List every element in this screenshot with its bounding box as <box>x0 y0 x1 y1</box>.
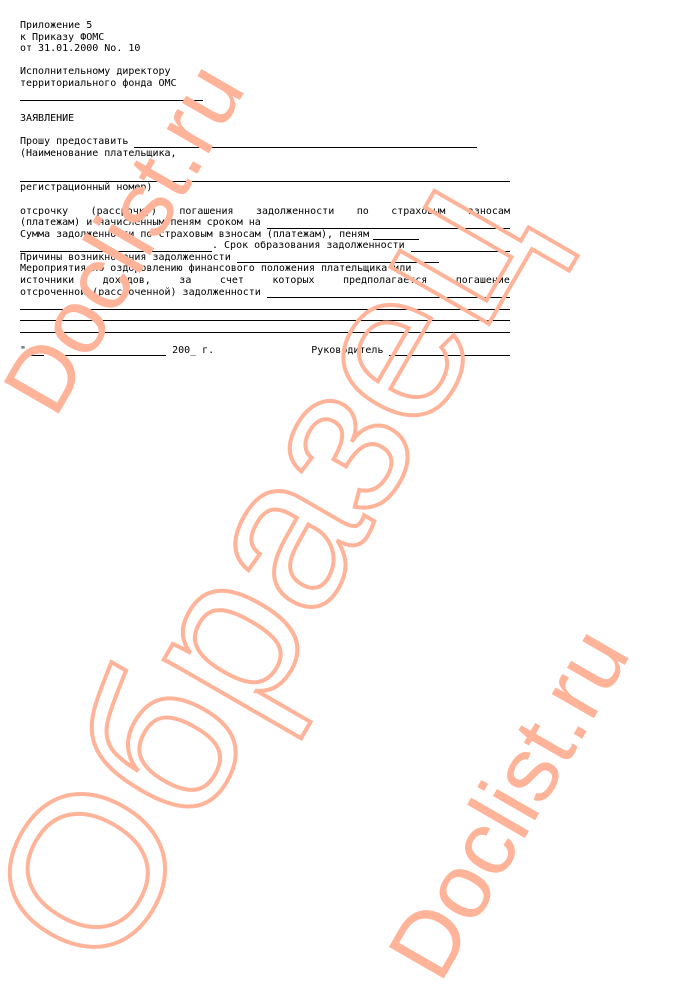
date-day-blank[interactable] <box>26 346 44 356</box>
reg-number-hint: регистрационный номер) <box>20 182 510 194</box>
deferral-term-label: (платежам) и начисленным пеням сроком на <box>20 217 261 229</box>
measures-line-2: источники доходов, за счет которых предп… <box>20 275 510 287</box>
request-label: Прошу предоставить <box>20 136 128 148</box>
debt-sum-blank-continued[interactable] <box>20 242 212 252</box>
measures-blank[interactable] <box>267 288 510 298</box>
debt-sum-label: Сумма задолженности по страховым взносам… <box>20 229 369 241</box>
signature-row: " " 200_ г. Руководитель <box>20 345 510 357</box>
deferral-line-1: отсрочку (рассрочку) погашения задолженн… <box>20 206 510 218</box>
document-page: Приложение 5 к Приказу ФОМС от 31.01.200… <box>20 20 510 356</box>
date-month-blank[interactable] <box>50 346 166 356</box>
measures-label: отсроченной (рассроченной) задолженности <box>20 287 261 299</box>
addressee-line-1: Исполнительному директору <box>20 66 510 78</box>
measures-blank-line-2[interactable] <box>20 298 510 310</box>
appendix-line-2: к Приказу ФОМС <box>20 32 510 44</box>
debt-sum-blank[interactable] <box>373 230 419 240</box>
measures-blank-line-3[interactable] <box>20 310 510 322</box>
signature-label: Руководитель <box>311 345 383 357</box>
reasons-label: Причины возникновения задолженности <box>20 252 231 264</box>
addressee-line-2: территориального фонда ОМС <box>20 78 510 90</box>
signature-blank[interactable] <box>389 346 510 356</box>
measures-line-1: Мероприятия по оздоровлению финансового … <box>20 263 510 275</box>
payer-name-blank[interactable] <box>134 138 477 148</box>
addressee-name-blank[interactable] <box>20 91 203 101</box>
document-title: ЗАЯВЛЕНИЕ <box>20 113 510 125</box>
reasons-blank[interactable] <box>237 253 439 263</box>
debt-term-label: . Срок образования задолженности <box>212 240 405 252</box>
payer-name-hint: (Наименование плательщика, <box>20 148 510 160</box>
date-year: 200_ г. <box>172 345 214 357</box>
payer-reg-number-blank[interactable] <box>20 171 510 183</box>
watermark-site-bottom: Doclist.ru <box>369 612 649 995</box>
appendix-line-3: от 31.01.2000 No. 10 <box>20 43 510 55</box>
measures-blank-line-4[interactable] <box>20 321 510 333</box>
appendix-line-1: Приложение 5 <box>20 20 510 32</box>
debt-term-blank[interactable] <box>411 242 510 252</box>
deferral-term-blank[interactable] <box>267 219 510 229</box>
